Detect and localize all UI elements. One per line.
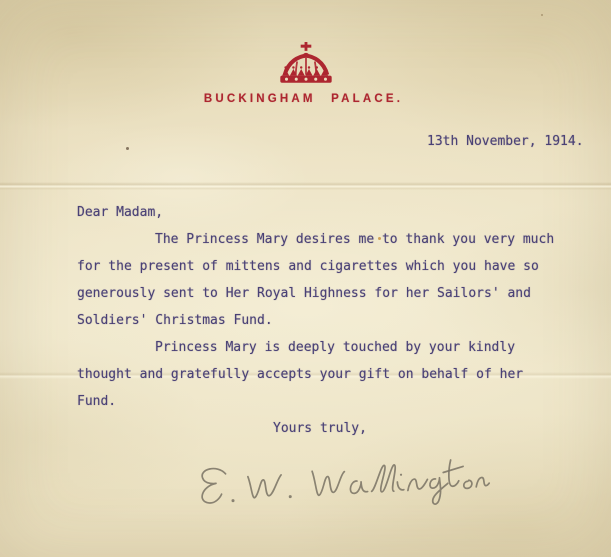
body-line: Princess Mary is deeply touched by your … (77, 334, 554, 361)
date-line: 13th November, 1914. (427, 134, 584, 149)
body-line: Soldiers' Christmas Fund. (77, 307, 554, 334)
closing: Yours truly, (77, 415, 554, 442)
salutation: Dear Madam, (77, 199, 554, 226)
handwritten-signature: E. W. Wallington (188, 453, 490, 513)
body-line: for the present of mittens and cigarette… (77, 253, 554, 280)
letter-body: Dear Madam, The Princess Mary desires me… (77, 199, 554, 442)
tudor-crown-icon (275, 42, 337, 90)
paper-speck (541, 14, 543, 16)
body-line: The Princess Mary desires me to thank yo… (77, 226, 554, 253)
body-line: Fund. (77, 388, 554, 415)
body-line: thought and gratefully accepts your gift… (77, 361, 554, 388)
fold-crease-upper (0, 182, 611, 190)
body-line: generously sent to Her Royal Highness fo… (77, 280, 554, 307)
letter-page: BUCKINGHAM PALACE. 13th November, 1914. … (0, 0, 611, 557)
letterhead-title: BUCKINGHAM PALACE. (0, 93, 607, 105)
paper-speck (126, 147, 129, 150)
